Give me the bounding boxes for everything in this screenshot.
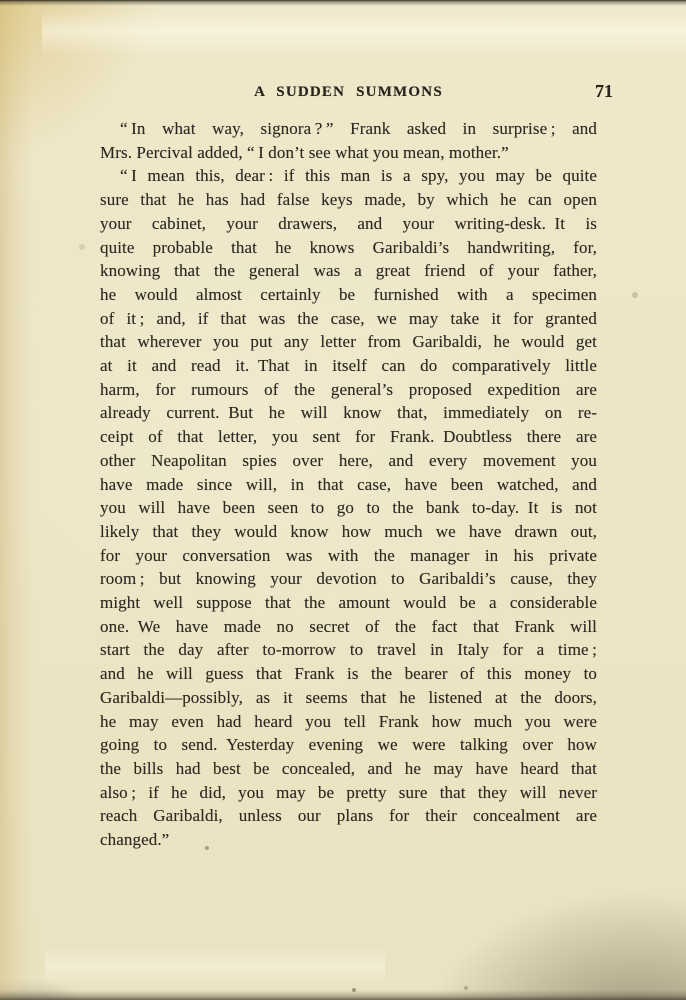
text-line: the bills had best be concealed, and he … [100,757,597,781]
text-line: also ; if he did, you may be pretty sure… [100,781,597,805]
text-line: Garibaldi—possibly, as it seems that he … [100,686,597,710]
text-line: changed.” [100,828,597,852]
text-line: of it ; and, if that was the case, we ma… [100,307,597,331]
text-line: sure that he has had false keys made, by… [100,188,597,212]
book-page-scan: A SUDDEN SUMMONS 71 “ In what way, signo… [0,0,686,1000]
text-line: other Neapolitan spies over here, and ev… [100,449,597,473]
text-line: you will have been seen to go to the ban… [100,496,597,520]
running-title: A SUDDEN SUMMONS [100,84,597,101]
text-line: he would almost certainly be furnished w… [100,283,597,307]
text-line: might well suppose that the amount would… [100,591,597,615]
text-line: Mrs. Percival added, “ I don’t see what … [100,141,597,165]
text-line: have made since will, in that case, have… [100,473,597,497]
text-line: already current. But he will know that, … [100,401,597,425]
text-line: ceipt of that letter, you sent for Frank… [100,425,597,449]
text-line: reach Garibaldi, unless our plans for th… [100,804,597,828]
text-line: likely that they would know how much we … [100,520,597,544]
page-header: A SUDDEN SUMMONS 71 [100,84,597,104]
text-line: “ I mean this, dear : if this man is a s… [100,164,597,188]
text-line: “ In what way, signora ? ” Frank asked i… [100,117,597,141]
page-text: “ In what way, signora ? ” Frank asked i… [100,117,597,852]
page-number: 71 [595,81,613,102]
text-line: quite probable that he knows Garibaldi’s… [100,236,597,260]
text-line: at it and read it. That in itself can do… [100,354,597,378]
text-line: going to send. Yesterday evening we were… [100,733,597,757]
text-line: he may even had heard you tell Frank how… [100,710,597,734]
text-line: start the day after to-morrow to travel … [100,638,597,662]
paragraph: “ I mean this, dear : if this man is a s… [100,164,597,851]
paper-specks [0,0,4,4]
text-line: and he will guess that Frank is the bear… [100,662,597,686]
text-line: that wherever you put any letter from Ga… [100,330,597,354]
text-line: for your conversation was with the manag… [100,544,597,568]
paragraph: “ In what way, signora ? ” Frank asked i… [100,117,597,164]
text-line: one. We have made no secret of the fact … [100,615,597,639]
text-line: your cabinet, your drawers, and your wri… [100,212,597,236]
text-line: room ; but knowing your devotion to Gari… [100,567,597,591]
scan-light-band-top [42,10,686,56]
text-line: knowing that the general was a great fri… [100,259,597,283]
scan-light-band-bottom [45,946,385,986]
text-line: harm, for rumours of the general’s propo… [100,378,597,402]
